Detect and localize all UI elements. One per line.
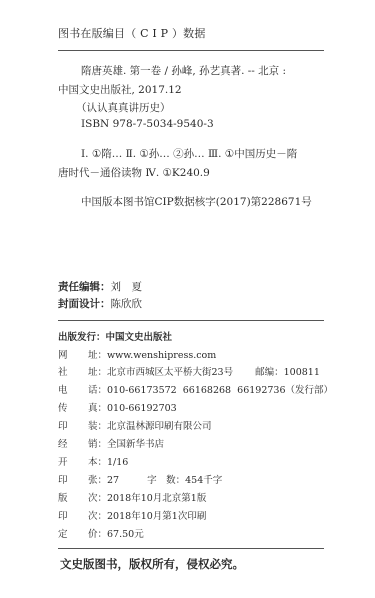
info-row-phone: 电话：010-66173572 66168268 66192736（发行部） <box>58 382 333 396</box>
postcode-label: 邮编： <box>255 367 284 378</box>
info-key-suffix: 次： <box>88 511 107 522</box>
cip-series: （认认真真讲历史） <box>76 100 171 115</box>
publisher-value: 中国文史出版社 <box>106 332 173 343</box>
info-row-format: 开本：1/16 <box>58 454 128 468</box>
info-value: www.wenshipress.com <box>107 350 216 361</box>
info-row-printer: 印装：北京温林源印刷有限公司 <box>58 418 212 432</box>
info-key-suffix: 销： <box>88 439 107 450</box>
editor-label: 责任编辑： <box>58 281 111 293</box>
info-key-suffix: 价： <box>88 529 107 540</box>
bottom-divider <box>58 548 324 549</box>
info-row-sheets: 印张：27字 数：454千字 <box>58 472 222 486</box>
info-key-suffix: 张： <box>88 475 107 486</box>
info-key: 传 <box>58 400 88 414</box>
cip-classification-1: Ⅰ. ①隋… Ⅱ. ①孙… ②孙… Ⅲ. ①中国历史－隋 <box>81 146 297 161</box>
info-row-fax: 传真：010-66192703 <box>58 400 177 414</box>
editor-value: 刘 夏 <box>111 281 143 293</box>
postcode-value: 100811 <box>284 367 320 378</box>
info-key: 版 <box>58 490 88 504</box>
copyright-notice: 文史版图书，版权所有，侵权必究。 <box>60 556 244 572</box>
info-value: 2018年10月第1次印刷 <box>107 511 206 522</box>
info-key-suffix: 本： <box>88 457 107 468</box>
info-row-printing: 印次：2018年10月第1次印刷 <box>58 508 206 522</box>
info-value: 1/16 <box>107 457 128 468</box>
info-key: 开 <box>58 454 88 468</box>
info-value: 全国新华书店 <box>107 439 164 450</box>
info-key: 定 <box>58 526 88 540</box>
publisher-label: 出版发行： <box>58 332 106 343</box>
info-key: 印 <box>58 418 88 432</box>
info-key-suffix: 址： <box>88 367 107 378</box>
info-key: 印 <box>58 472 88 486</box>
info-row-website: 网址：www.wenshipress.com <box>58 347 216 361</box>
info-value: 010-66192703 <box>107 403 177 414</box>
info-key-suffix: 话： <box>88 385 107 396</box>
info-key: 经 <box>58 436 88 450</box>
info-value: 27 <box>107 475 119 486</box>
info-key-suffix: 址： <box>88 350 107 361</box>
cover-credit: 封面设计：陈欣欣 <box>58 296 142 311</box>
info-row-address: 社址：北京市西城区太平桥大街23号邮编：100811 <box>58 364 320 378</box>
info-value: 2018年10月北京第1版 <box>107 493 206 504</box>
cip-line-1: 隋唐英雄. 第一卷 / 孙峰, 孙艺真著. -- 北京 : <box>81 63 286 78</box>
info-key: 印 <box>58 508 88 522</box>
info-value: 67.50元 <box>107 529 144 540</box>
cip-title: 图书在版编目（ C I P ）数据 <box>58 25 206 41</box>
info-key-suffix: 真： <box>88 403 107 414</box>
word-count-label: 字 数： <box>147 475 185 486</box>
middle-divider <box>58 320 324 321</box>
cip-classification-2: 唐时代－通俗读物 Ⅳ. ①K240.9 <box>58 165 210 180</box>
top-divider <box>58 50 324 51</box>
cip-verification: 中国版本图书馆CIP数据核字(2017)第228671号 <box>81 194 312 209</box>
info-row-edition: 版次：2018年10月北京第1版 <box>58 490 206 504</box>
info-key-suffix: 装： <box>88 421 107 432</box>
info-row-distributor: 经销：全国新华书店 <box>58 436 164 450</box>
cover-value: 陈欣欣 <box>111 298 143 310</box>
info-value: 010-66173572 66168268 66192736（发行部） <box>107 385 333 396</box>
cip-line-2: 中国文史出版社, 2017.12 <box>58 82 182 97</box>
publisher-row: 出版发行：中国文史出版社 <box>58 329 172 343</box>
info-key: 网 <box>58 347 88 361</box>
info-key: 社 <box>58 364 88 378</box>
word-count-value: 454千字 <box>185 475 222 486</box>
info-value: 北京温林源印刷有限公司 <box>107 421 212 432</box>
info-key: 电 <box>58 382 88 396</box>
cip-isbn: ISBN 978-7-5034-9540-3 <box>81 118 214 130</box>
info-value: 北京市西城区太平桥大街23号 <box>107 367 233 378</box>
editor-credit: 责任编辑：刘 夏 <box>58 279 142 294</box>
info-row-price: 定价：67.50元 <box>58 526 144 540</box>
cover-label: 封面设计： <box>58 298 111 310</box>
info-key-suffix: 次： <box>88 493 107 504</box>
